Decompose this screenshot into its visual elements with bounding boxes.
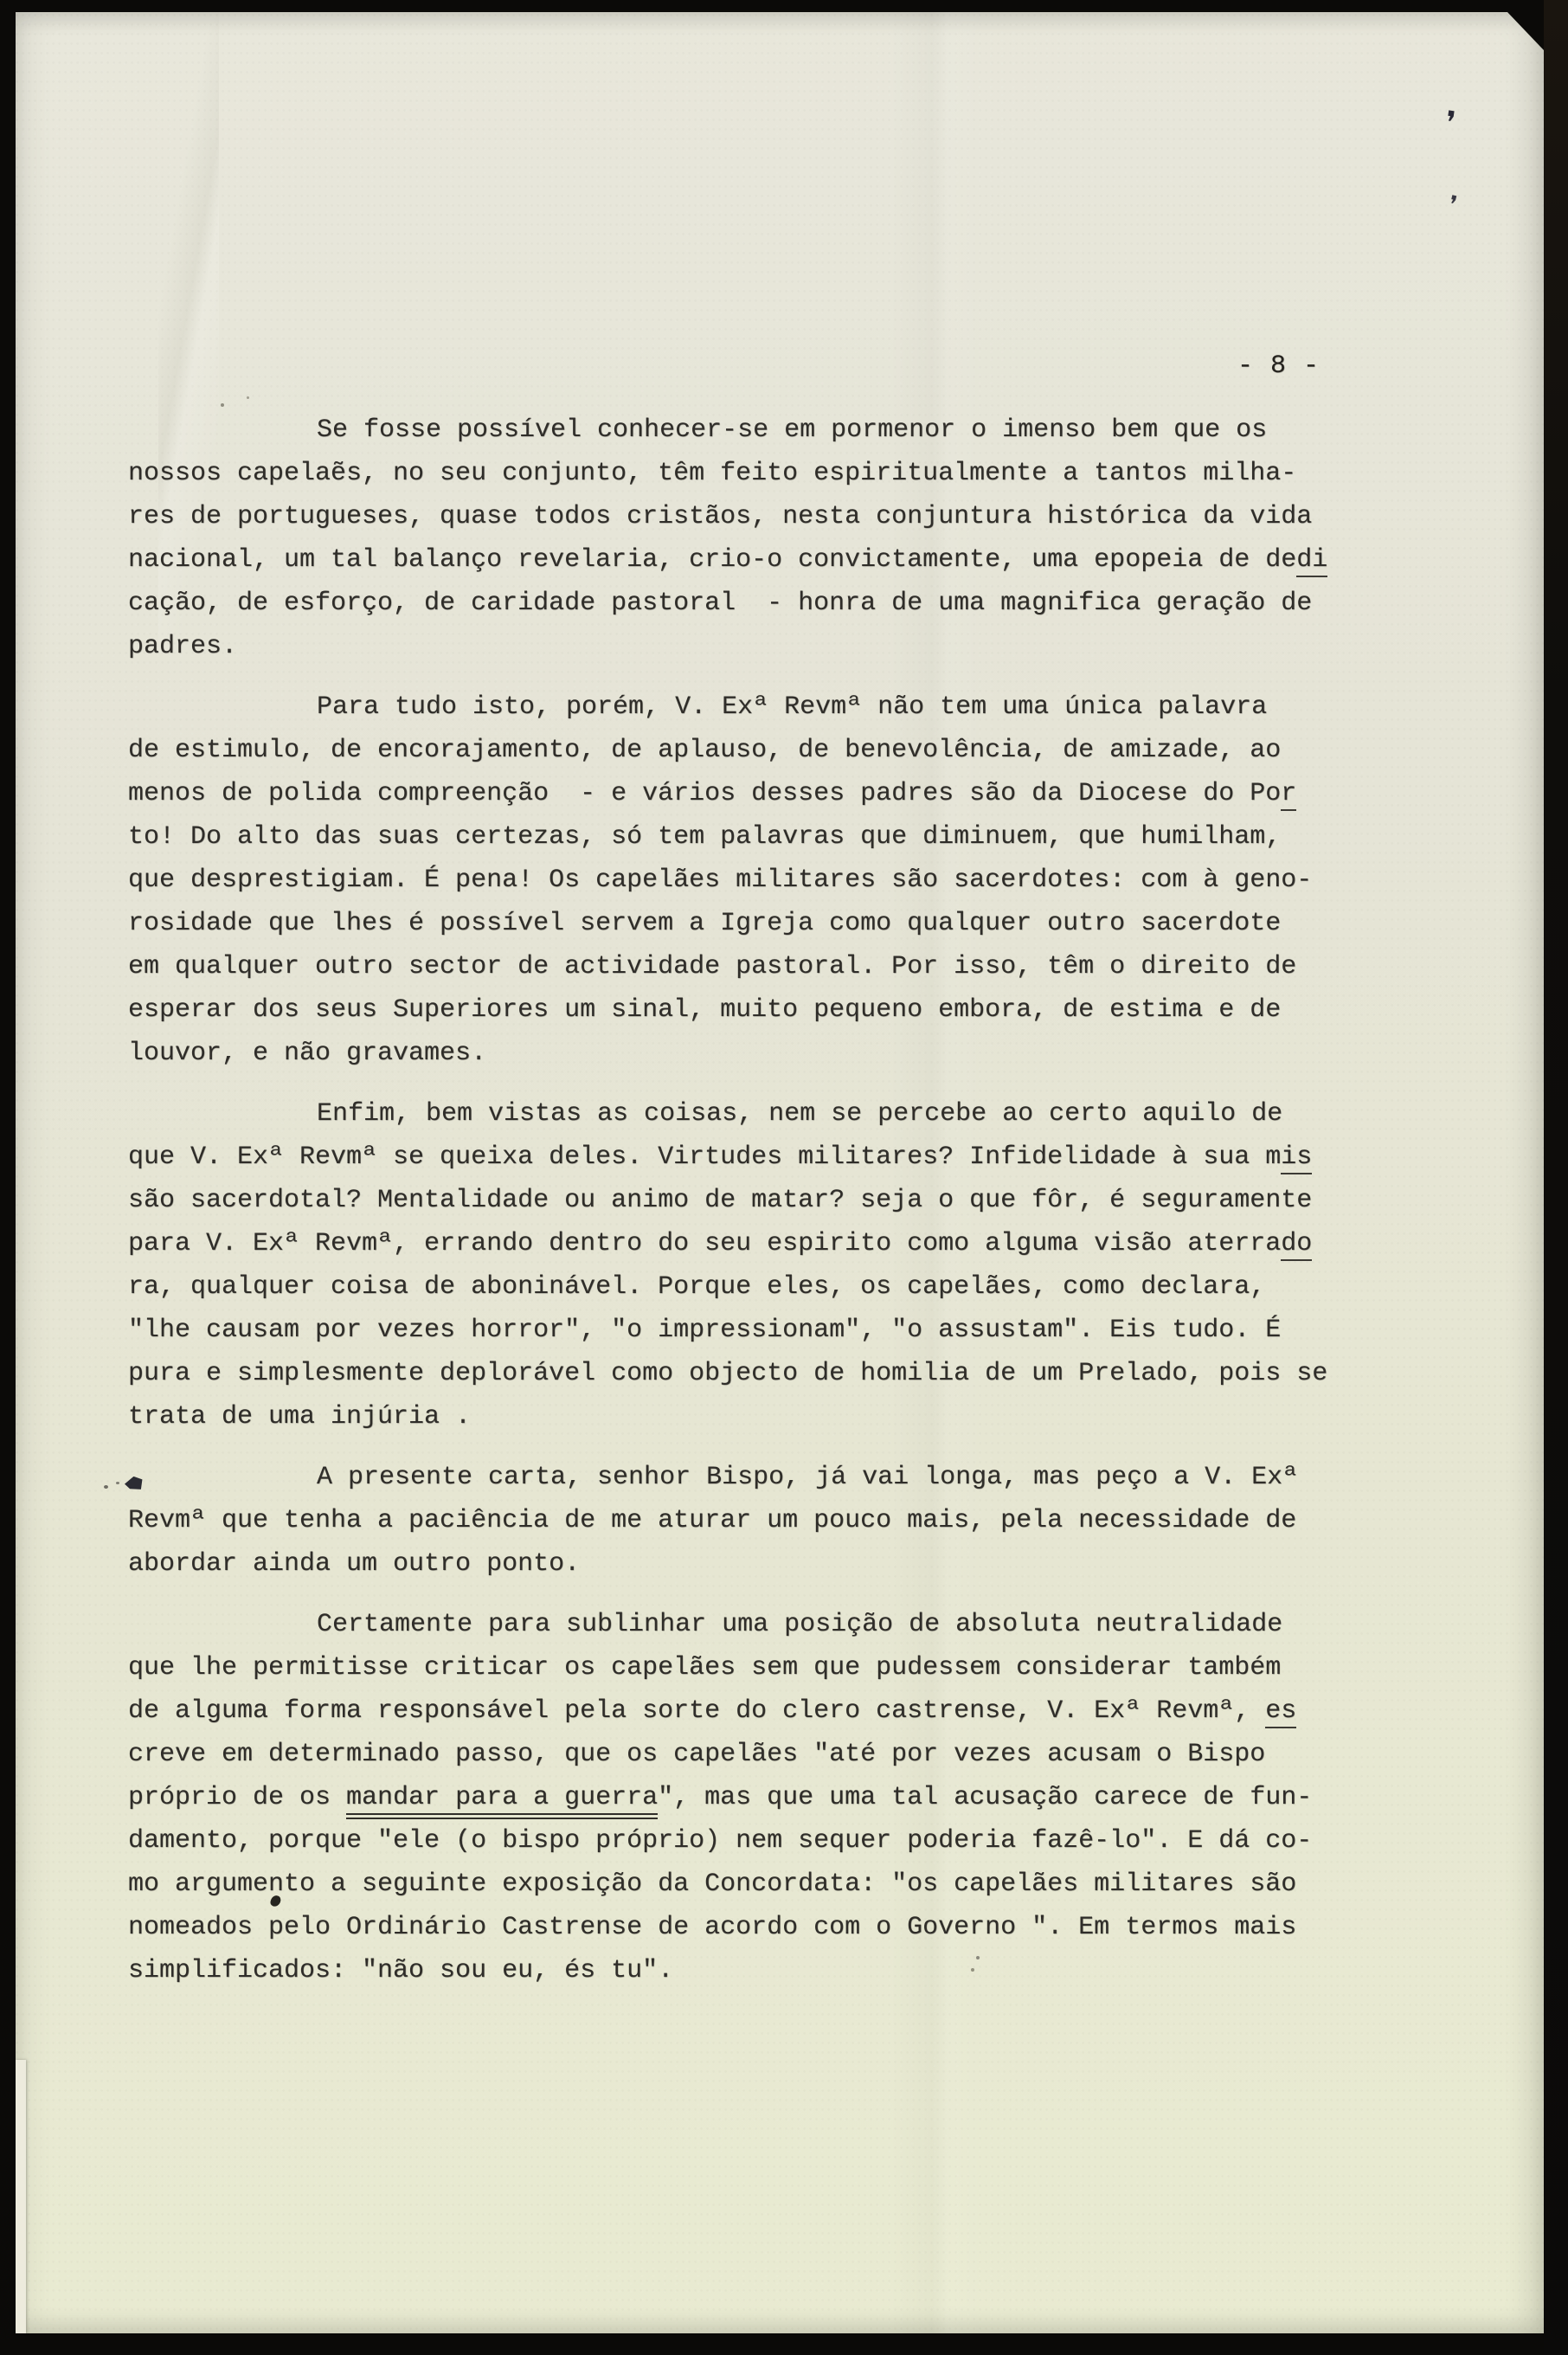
text-segment: que V. Exª Revmª se queixa deles. Virtud…	[128, 1142, 1281, 1172]
pencil-dot	[221, 403, 224, 407]
text-line: trata de uma injúria .	[128, 1395, 1383, 1438]
paper-edge-highlight	[16, 2060, 26, 2333]
paragraph: Para tudo isto, porém, V. Exª Revmª não …	[128, 685, 1383, 1075]
underlined-text: mandar para a guerra	[346, 1783, 658, 1819]
paragraph: Enfim, bem vistas as coisas, nem se perc…	[128, 1092, 1383, 1438]
text-segment: de alguma forma responsável pela sorte d…	[128, 1696, 1265, 1726]
text-line: nacional, um tal balanço revelaria, crio…	[128, 538, 1383, 582]
text-line: menos de polida compreenção - e vários d…	[128, 772, 1383, 815]
text-line: para V. Exª Revmª, errando dentro do seu…	[128, 1222, 1383, 1265]
text-segment: Certamente para sublinhar uma posição de…	[317, 1610, 1282, 1639]
text-line: louvor, e não gravames.	[128, 1032, 1383, 1075]
paragraph: A presente carta, senhor Bispo, já vai l…	[128, 1456, 1383, 1586]
typewritten-text: Se fosse possível conhecer-se em pormeno…	[128, 409, 1383, 1992]
scan-right-edge-shadow	[1544, 0, 1568, 2355]
paragraph: Se fosse possível conhecer-se em pormeno…	[128, 409, 1383, 668]
text-segment: simplificados: "não sou eu, és tu".	[128, 1956, 673, 1985]
text-line: ra, qualquer coisa de aboninável. Porque…	[128, 1265, 1383, 1309]
text-line: esperar dos seus Superiores um sinal, mu…	[128, 988, 1383, 1032]
text-segment: res de portugueses, quase todos cristãos…	[128, 502, 1312, 531]
text-line: Certamente para sublinhar uma posição de…	[128, 1603, 1383, 1646]
text-line: mo argumento a seguinte exposição da Con…	[128, 1863, 1383, 1906]
page-number: - 8 -	[1237, 351, 1320, 381]
text-segment: Enfim, bem vistas as coisas, nem se perc…	[317, 1099, 1282, 1129]
text-line: simplificados: "não sou eu, és tu".	[128, 1949, 1383, 1992]
margin-ink-dot	[116, 1482, 119, 1484]
text-segment: mo argumento a seguinte exposição da Con…	[128, 1869, 1296, 1899]
pencil-dot	[247, 396, 249, 399]
text-line: "lhe causam por vezes horror", "o impres…	[128, 1309, 1383, 1352]
text-line: creve em determinado passo, que os capel…	[128, 1733, 1383, 1776]
text-segment: Para tudo isto, porém, V. Exª Revmª não …	[317, 692, 1267, 722]
text-line: são sacerdotal? Mentalidade ou animo de …	[128, 1179, 1383, 1222]
text-segment: Se fosse possível conhecer-se em pormeno…	[317, 415, 1267, 445]
text-line: que V. Exª Revmª se queixa deles. Virtud…	[128, 1136, 1383, 1179]
text-line: Para tudo isto, porém, V. Exª Revmª não …	[128, 685, 1383, 729]
text-line: próprio de os mandar para a guerra", mas…	[128, 1776, 1383, 1819]
text-segment: em qualquer outro sector de actividade p…	[128, 952, 1296, 981]
text-segment: ", mas que uma tal acusação carece de fu…	[658, 1783, 1312, 1812]
paragraph: Certamente para sublinhar uma posição de…	[128, 1603, 1383, 1992]
underlined-text: di	[1296, 545, 1327, 577]
text-line: padres.	[128, 625, 1383, 668]
underlined-text: do	[1281, 1229, 1312, 1261]
text-segment: louvor, e não gravames.	[128, 1039, 486, 1068]
text-segment: ra, qualquer coisa de aboninável. Porque…	[128, 1272, 1265, 1302]
text-line: que lhe permitisse criticar os capelães …	[128, 1646, 1383, 1689]
underlined-text: r	[1281, 779, 1296, 811]
text-line: em qualquer outro sector de actividade p…	[128, 945, 1383, 988]
text-line: to! Do alto das suas certezas, só tem pa…	[128, 815, 1383, 859]
text-line: nomeados pelo Ordinário Castrense de aco…	[128, 1906, 1383, 1949]
text-segment: A presente carta, senhor Bispo, já vai l…	[317, 1463, 1298, 1492]
text-segment: Revmª que tenha a paciência de me aturar…	[128, 1506, 1296, 1535]
text-line: Enfim, bem vistas as coisas, nem se perc…	[128, 1092, 1383, 1136]
underlined-text: is	[1281, 1142, 1312, 1174]
margin-ink-dot	[104, 1485, 108, 1489]
text-line: A presente carta, senhor Bispo, já vai l…	[128, 1456, 1383, 1499]
text-segment: rosidade que lhes é possível servem a Ig…	[128, 909, 1281, 938]
text-segment: to! Do alto das suas certezas, só tem pa…	[128, 822, 1281, 852]
text-segment: "lhe causam por vezes horror", "o impres…	[128, 1316, 1281, 1345]
text-segment: para V. Exª Revmª, errando dentro do seu…	[128, 1229, 1281, 1258]
text-line: rosidade que lhes é possível servem a Ig…	[128, 902, 1383, 945]
scanned-document-photo: { "colors": { "paper": "#e6e5d7", "ink":…	[0, 0, 1568, 2355]
text-segment: são sacerdotal? Mentalidade ou animo de …	[128, 1186, 1312, 1215]
text-line: pura e simplesmente deplorável como obje…	[128, 1352, 1383, 1395]
text-line: Se fosse possível conhecer-se em pormeno…	[128, 409, 1383, 452]
text-line: cação, de esforço, de caridade pastoral …	[128, 582, 1383, 625]
faint-ink-dot	[971, 1968, 974, 1972]
text-segment: próprio de os	[128, 1783, 346, 1812]
text-segment: trata de uma injúria .	[128, 1402, 471, 1432]
ink-speck-icon: ❜	[1445, 190, 1460, 219]
underlined-text: es	[1265, 1696, 1296, 1728]
text-segment: menos de polida compreenção - e vários d…	[128, 779, 1281, 808]
text-line: que desprestigiam. É pena! Os capelães m…	[128, 859, 1383, 902]
text-line: nossos capelaẽs, no seu conjunto, têm fe…	[128, 452, 1383, 495]
text-segment: abordar ainda um outro ponto.	[128, 1549, 580, 1579]
text-segment: padres.	[128, 632, 237, 661]
text-line: Revmª que tenha a paciência de me aturar…	[128, 1499, 1383, 1542]
text-line: de alguma forma responsável pela sorte d…	[128, 1689, 1383, 1733]
text-segment: cação, de esforço, de caridade pastoral …	[128, 589, 1312, 618]
faint-ink-dot	[976, 1956, 980, 1959]
text-segment: damento, porque "ele (o bispo próprio) n…	[128, 1826, 1312, 1856]
text-segment: que lhe permitisse criticar os capelães …	[128, 1653, 1281, 1683]
text-line: damento, porque "ele (o bispo próprio) n…	[128, 1819, 1383, 1863]
text-segment: que desprestigiam. É pena! Os capelães m…	[128, 865, 1312, 895]
text-line: res de portugueses, quase todos cristãos…	[128, 495, 1383, 538]
text-segment: nomeados pelo Ordinário Castrense de aco…	[128, 1913, 1296, 1942]
text-segment: esperar dos seus Superiores um sinal, mu…	[128, 995, 1281, 1025]
text-segment: pura e simplesmente deplorável como obje…	[128, 1359, 1327, 1388]
text-segment: nacional, um tal balanço revelaria, crio…	[128, 545, 1296, 575]
text-line: abordar ainda um outro ponto.	[128, 1542, 1383, 1586]
document-page: - 8 - Se fosse possível conhecer-se em p…	[16, 12, 1544, 2333]
ink-speck-icon: ❜	[1443, 105, 1457, 141]
text-line: de estimulo, de encorajamento, de aplaus…	[128, 729, 1383, 772]
clipped-paper-corner	[1507, 12, 1544, 50]
text-segment: creve em determinado passo, que os capel…	[128, 1740, 1265, 1769]
text-segment: nossos capelaẽs, no seu conjunto, têm fe…	[128, 459, 1296, 488]
text-segment: de estimulo, de encorajamento, de aplaus…	[128, 736, 1281, 765]
